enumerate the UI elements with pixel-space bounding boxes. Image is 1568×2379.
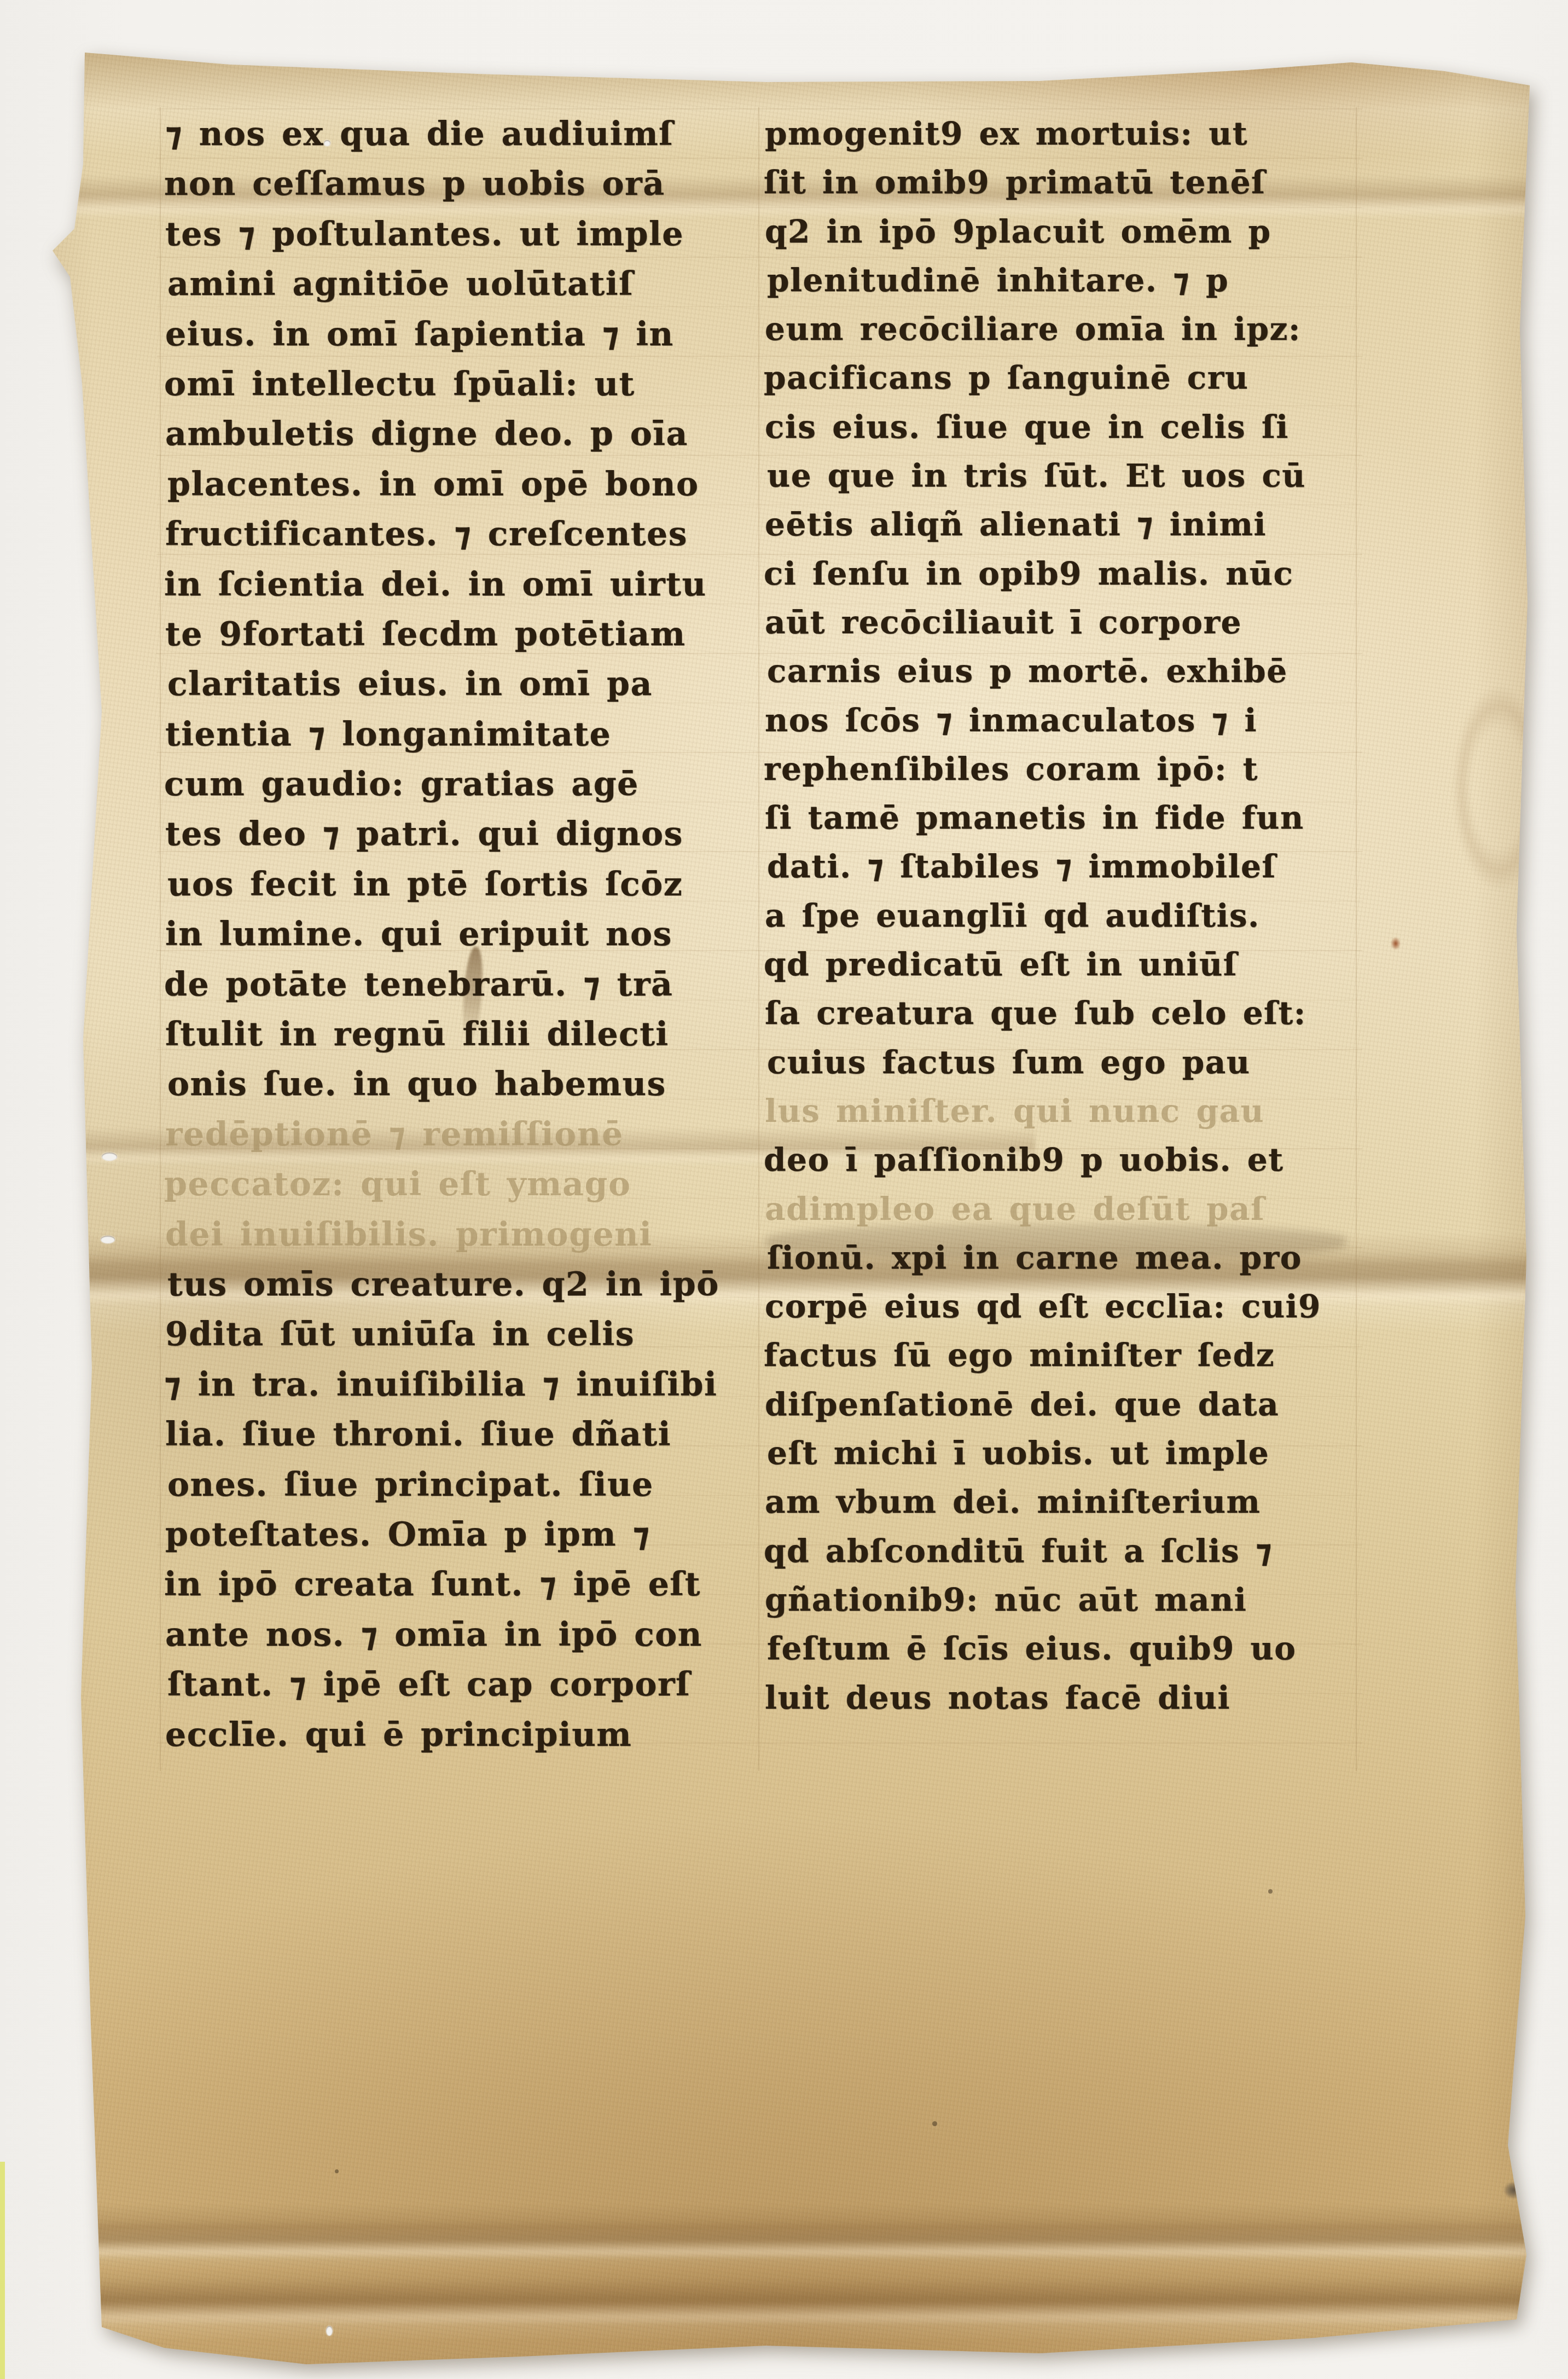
text-line: te 9fortati ſecdm potētiam — [165, 610, 759, 659]
sewing-hole — [80, 1192, 86, 1199]
text-line: uos fecit in ptē ſortis ſcōz — [167, 860, 761, 910]
text-line: feſtum ē ſcīs eius. quib9 uo — [767, 1624, 1361, 1673]
text-line: fructificantes. ⁊ creſcentes — [165, 510, 759, 559]
text-line: qd predicatū eſt in uniūſ — [764, 940, 1357, 989]
sewing-hole — [76, 1159, 82, 1165]
text-line: adimpleo ea que deſūt paſ — [765, 1185, 1358, 1234]
text-line: luit deus notas facē diui — [765, 1674, 1358, 1722]
stain-rust-fleck — [1391, 937, 1401, 950]
text-line: eius. in omī ſapientia ⁊ in — [165, 310, 759, 360]
text-line: cum gaudio: gratias agē — [164, 760, 758, 809]
text-line: eum recōciliare omīa in ipz: — [765, 305, 1358, 354]
text-line: ecclīe. qui ē principium — [165, 1710, 759, 1760]
text-line: ſi tamē pmanetis in fide fun — [765, 794, 1358, 842]
text-line: ante nos. ⁊ omīa in ipō con — [165, 1610, 759, 1660]
folio-number: 4 — [1513, 2146, 1529, 2174]
text-line: q2 in ipō 9placuit omēm p — [765, 207, 1358, 256]
text-line: de potāte tenebrarū. ⁊ trā — [164, 960, 758, 1010]
text-line: claritatis eius. in omī pa — [167, 659, 761, 709]
text-line: pacificans p ſanguinē cru — [764, 354, 1357, 402]
fold-crease-bottom-1 — [0, 2221, 1568, 2259]
sewing-hole — [102, 1153, 117, 1161]
text-line: lus miniſter. qui nunc gau — [765, 1087, 1358, 1136]
text-line: tes deo ⁊ patri. qui dignos — [165, 809, 759, 859]
text-line: qd abſconditū fuit a ſclis ⁊ — [764, 1527, 1357, 1576]
text-line: tes ⁊ poſtulantes. ut imple — [165, 210, 759, 259]
text-line: 9dita ſūt uniūſa in celis — [165, 1310, 759, 1359]
text-line: deo ī paſſionib9 p uobis. et — [764, 1136, 1357, 1184]
manuscript-leaf-shadow: ⁊ nos ex qua die audiuimſnon ceſſamus p … — [0, 0, 1568, 2379]
text-line: dati. ⁊ ſtabiles ⁊ immobileſ — [767, 842, 1361, 891]
text-line: tientia ⁊ longanimitate — [165, 710, 759, 760]
text-line: redēptionē ⁊ remiſſionē — [165, 1110, 759, 1160]
text-line: poteſtates. Omīa p ipm ⁊ — [165, 1510, 759, 1560]
text-line: aūt recōciliauit ī corpore — [765, 598, 1358, 647]
text-line: placentes. in omī opē bono — [167, 460, 761, 510]
ink-blot-bottom-right — [1503, 2181, 1524, 2199]
text-line: lia. ſiue throni. ſiue dñati — [165, 1410, 759, 1460]
text-line: a ſpe euanglīi qd audiſtis. — [765, 892, 1358, 940]
text-line: in ipō creata ſunt. ⁊ ipē eſt — [164, 1560, 758, 1610]
text-line: eſt michi ī uobis. ut imple — [767, 1429, 1361, 1478]
text-line: ſionū. xpi in carne mea. pro — [767, 1234, 1361, 1282]
text-column-right: pmogenit9 ex mortuis: utſit in omib9 pri… — [765, 109, 1358, 1722]
text-line: am vbum dei. miniſterium — [765, 1478, 1358, 1526]
text-line: corpē eius qd eſt ecclīa: cui9 — [765, 1282, 1358, 1331]
text-column-left: ⁊ nos ex qua die audiuimſnon ceſſamus p … — [165, 109, 759, 1760]
text-line: eētis aliqñ alienati ⁊ inimi — [765, 500, 1358, 549]
text-line: omī intellectu ſpūali: ut — [164, 360, 758, 409]
text-line: ⁊ nos ex qua die audiuimſ — [165, 109, 759, 159]
ink-speck — [1268, 1889, 1273, 1894]
text-line: cuius factus ſum ego pau — [767, 1038, 1361, 1087]
text-line: ones. ſiue principat. ſiue — [167, 1460, 761, 1510]
text-line: pmogenit9 ex mortuis: ut — [765, 109, 1358, 158]
text-line: ambuletis digne deo. p oīa — [165, 409, 759, 459]
text-line: nos ſcōs ⁊ inmaculatos ⁊ i — [765, 696, 1358, 745]
text-line: carnis eius p mortē. exhibē — [767, 647, 1361, 696]
text-line: ue que in tris ſūt. Et uos cū — [767, 452, 1361, 500]
stain-top-right — [1198, 16, 1340, 77]
text-line: peccatoz: qui eſt ymago — [164, 1160, 758, 1209]
parchment-leaf: ⁊ nos ex qua die audiuimſnon ceſſamus p … — [0, 0, 1568, 2379]
text-line: in ſcientia dei. in omī uirtu — [164, 560, 758, 610]
text-line: ſit in omib9 primatū tenēſ — [764, 158, 1357, 207]
text-line: ci ſenſu in opib9 malis. nūc — [764, 549, 1357, 598]
text-line: amini agnitiōe uolūtatiſ — [167, 259, 761, 309]
text-line: ſtulit in regnū filii dilecti — [165, 1010, 759, 1060]
text-line: plenitudinē inhitare. ⁊ p — [767, 256, 1361, 305]
text-line: ſtant. ⁊ ipē eſt cap corporſ — [167, 1660, 761, 1710]
ink-speck — [335, 2169, 339, 2173]
text-line: ſa creatura que ſub celo eſt: — [765, 989, 1358, 1038]
parchment-hole — [326, 2326, 333, 2336]
ink-speck — [932, 2121, 937, 2126]
text-line: diſpenſationē dei. que data — [765, 1380, 1358, 1429]
text-line: rephenſibiles coram ipō: t — [764, 745, 1357, 794]
text-line: dei inuiſibilis. primogeni — [165, 1210, 759, 1260]
text-line: cis eius. ſiue que in celis ſi — [765, 403, 1358, 452]
text-line: non ceſſamus p uobis orā — [164, 159, 758, 209]
stain-ring-right-margin — [1444, 668, 1554, 908]
text-line: gñationib9: nūc aūt mani — [765, 1576, 1358, 1624]
sewing-hole — [79, 1213, 84, 1218]
text-line: factus ſū ego miniſter ſedz — [764, 1331, 1357, 1380]
scanner-background: ⁊ nos ex qua die audiuimſnon ceſſamus p … — [0, 0, 1568, 2379]
text-line: tus omīs creature. q2 in ipō — [167, 1260, 761, 1310]
text-line: in lumine. qui eripuit nos — [165, 910, 759, 959]
fold-crease-bottom-2 — [0, 2280, 1568, 2325]
sewing-hole — [101, 1236, 115, 1243]
sewing-hole — [78, 1234, 83, 1239]
text-line: ⁊ in tra. inuiſibilia ⁊ inuiſibi — [164, 1360, 758, 1410]
ruling-vertical-left — [160, 107, 161, 1771]
text-line: onis ſue. in quo habemus — [167, 1060, 761, 1109]
